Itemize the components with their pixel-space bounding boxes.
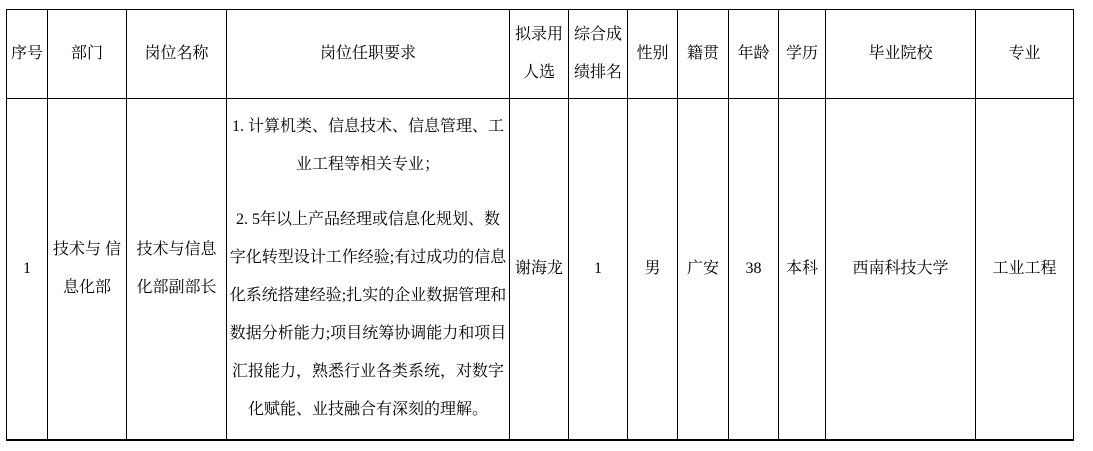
requirement-paragraph-1: 1. 计算机类、信息技术、信息管理、工业工程等相关专业； <box>229 108 507 184</box>
cell-native-place: 广安 <box>678 99 729 440</box>
header-education: 学历 <box>779 10 826 99</box>
cell-major: 工业工程 <box>976 99 1074 440</box>
header-proposed-candidate: 拟录用人选 <box>510 10 569 99</box>
header-position-name: 岗位名称 <box>127 10 227 99</box>
header-position-requirements: 岗位任职要求 <box>227 10 510 99</box>
cell-graduate-school: 西南科技大学 <box>826 99 976 440</box>
document-page: 序号 部门 岗位名称 岗位任职要求 拟录用人选 综合成绩排名 性别 籍贯 年龄 … <box>0 0 1093 451</box>
requirement-paragraph-2: 2. 5年以上产品经理或信息化规划、数字化转型设计工作经验;有过成功的信息化系统… <box>229 201 507 429</box>
cell-department: 技术与 信息化部 <box>48 99 127 440</box>
cell-education: 本科 <box>779 99 826 440</box>
header-graduate-school: 毕业院校 <box>826 10 976 99</box>
cell-position-name: 技术与信息化部副部长 <box>127 99 227 440</box>
header-composite-score-rank: 综合成绩排名 <box>569 10 628 99</box>
header-native-place: 籍贯 <box>678 10 729 99</box>
cell-composite-score-rank: 1 <box>569 99 628 440</box>
recruitment-table: 序号 部门 岗位名称 岗位任职要求 拟录用人选 综合成绩排名 性别 籍贯 年龄 … <box>6 9 1074 441</box>
header-serial: 序号 <box>7 10 48 99</box>
header-department: 部门 <box>48 10 127 99</box>
table-row: 1 技术与 信息化部 技术与信息化部副部长 1. 计算机类、信息技术、信息管理、… <box>7 99 1074 440</box>
header-age: 年龄 <box>729 10 779 99</box>
cell-gender: 男 <box>628 99 678 440</box>
cell-position-requirements: 1. 计算机类、信息技术、信息管理、工业工程等相关专业； 2. 5年以上产品经理… <box>227 99 510 440</box>
header-major: 专业 <box>976 10 1074 99</box>
cell-proposed-candidate: 谢海龙 <box>510 99 569 440</box>
header-gender: 性别 <box>628 10 678 99</box>
cell-serial: 1 <box>7 99 48 440</box>
cell-age: 38 <box>729 99 779 440</box>
table-header-row: 序号 部门 岗位名称 岗位任职要求 拟录用人选 综合成绩排名 性别 籍贯 年龄 … <box>7 10 1074 99</box>
